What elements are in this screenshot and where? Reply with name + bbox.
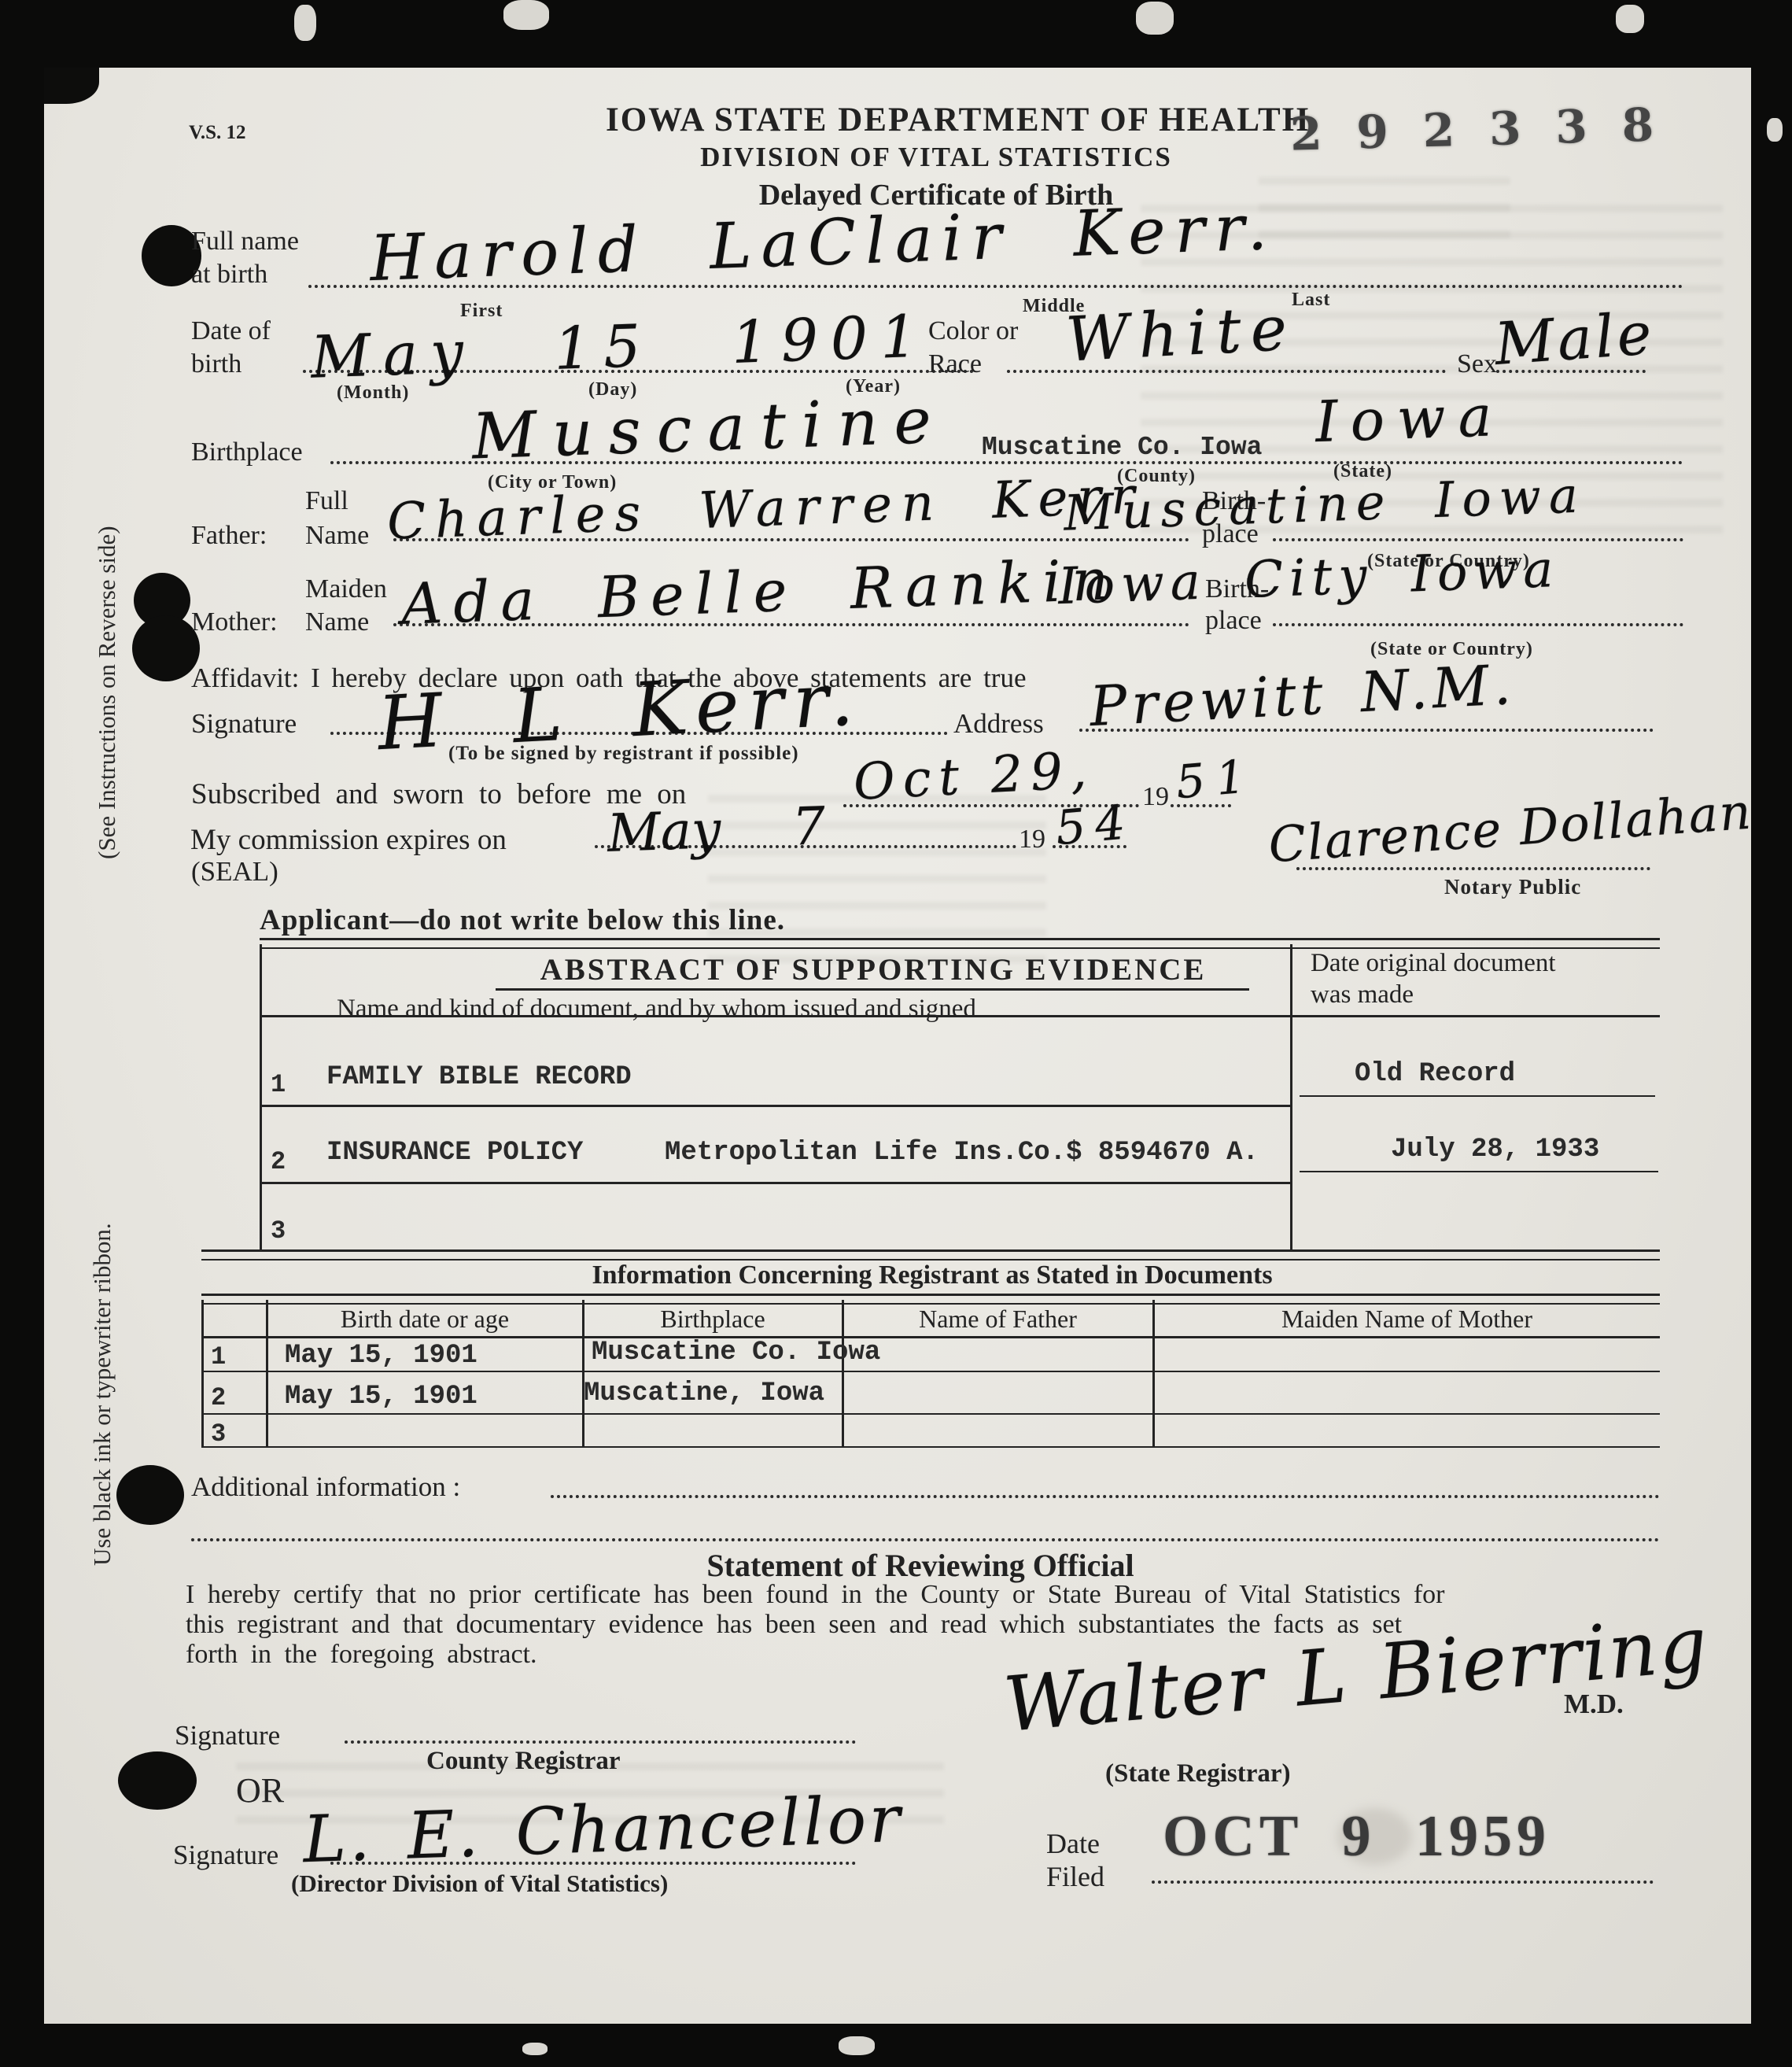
margin-note-ink: Use black ink or typewriter ribbon. xyxy=(88,1223,116,1566)
abstract-row-doc-extra: Metropolitan Life Ins.Co.$ 8594670 A. xyxy=(665,1138,1259,1168)
statement-line-3: forth in the foregoing abstract. xyxy=(186,1640,536,1670)
info-table-bottom-rule xyxy=(201,1446,1660,1448)
info-table-left-border xyxy=(201,1300,204,1448)
commission-year-prefix: 19 xyxy=(1019,825,1045,854)
info-row-birthplace: Muscatine Co. Iowa xyxy=(592,1338,880,1368)
sublabel-last: Last xyxy=(1292,290,1330,311)
abstract-row-num: 1 xyxy=(271,1070,286,1099)
scan-edge-right xyxy=(1751,0,1792,2067)
info-table-title: Information Concerning Registrant as Sta… xyxy=(511,1261,1353,1290)
info-row-birthplace: Muscatine, Iowa xyxy=(584,1379,824,1408)
date-filed-label-2: Filed xyxy=(1046,1860,1104,1893)
abstract-row-rule xyxy=(260,1105,1290,1107)
sworn-year-prefix: 19 xyxy=(1142,782,1169,812)
date-filed-stamp: OCT 9 1959 xyxy=(1163,1803,1550,1870)
additional-info-line-2 xyxy=(191,1538,1660,1541)
county-registrar-label: County Registrar xyxy=(426,1747,621,1776)
birthplace-label: Birthplace xyxy=(191,437,303,467)
scan-edge-bottom xyxy=(0,2024,1792,2067)
info-col-father: Name of Father xyxy=(843,1305,1152,1334)
ink-blot xyxy=(118,1751,197,1810)
scan-speck xyxy=(1136,2,1174,35)
dob-label-1: Date of xyxy=(191,316,271,346)
applicant-note: Applicant—do not write below this line. xyxy=(260,903,785,937)
info-row-birthdate: May 15, 1901 xyxy=(285,1382,477,1412)
race-value: White xyxy=(1064,293,1298,375)
additional-info-label: Additional information : xyxy=(191,1471,460,1503)
full-name-label-1: Full name xyxy=(191,227,299,257)
birthplace-typed-value: Muscatine Co. Iowa xyxy=(982,433,1262,462)
info-header-rule xyxy=(201,1336,1660,1338)
abstract-title-underline xyxy=(496,988,1249,991)
scan-speck xyxy=(294,5,316,41)
info-col-birthdate: Birth date or age xyxy=(267,1305,582,1334)
seal-label: (SEAL) xyxy=(191,856,278,888)
md-label: M.D. xyxy=(1564,1689,1624,1720)
serial-number: 292338 xyxy=(1289,97,1689,161)
abstract-row-date: Old Record xyxy=(1355,1059,1515,1089)
abstract-table-top-rule xyxy=(260,938,1660,949)
abstract-row-date: July 28, 1933 xyxy=(1391,1135,1599,1165)
county-signature-line xyxy=(345,1740,856,1744)
father-side-label: Father: xyxy=(191,521,267,551)
director-signature-line xyxy=(330,1862,856,1865)
abstract-row-doc: INSURANCE POLICY xyxy=(326,1138,583,1168)
info-col-birthplace: Birthplace xyxy=(584,1305,842,1334)
header-division: DIVISION OF VITAL STATISTICS xyxy=(606,142,1267,173)
scan-speck xyxy=(1767,118,1783,142)
director-label: (Director Division of Vital Statistics) xyxy=(291,1870,668,1898)
info-table-header-top-rule xyxy=(201,1294,1660,1305)
ink-blot xyxy=(116,1465,184,1525)
father-bp-line xyxy=(1273,538,1683,541)
date-filed-line xyxy=(1152,1881,1654,1884)
bleedthrough-text xyxy=(1259,177,1510,248)
info-row-num: 1 xyxy=(211,1342,226,1371)
abstract-row-rule xyxy=(260,1182,1290,1184)
abstract-table-title: ABSTRACT OF SUPPORTING EVIDENCE xyxy=(496,952,1251,987)
info-row-rule xyxy=(201,1371,1660,1372)
abstract-date-underline xyxy=(1300,1095,1655,1097)
statement-line-1: I hereby certify that no prior certifica… xyxy=(186,1580,1445,1610)
address-label: Address xyxy=(953,708,1044,740)
commission-date-value: May 7 xyxy=(607,795,827,864)
county-signature-label: Signature xyxy=(175,1720,280,1751)
ink-blot xyxy=(132,615,200,681)
info-row-birthdate: May 15, 1901 xyxy=(285,1341,477,1371)
info-table-top-rule xyxy=(201,1249,1660,1261)
abstract-row-num: 2 xyxy=(271,1147,286,1176)
mother-bp-line xyxy=(1273,623,1683,626)
abstract-date-col-2: was made xyxy=(1311,980,1414,1010)
info-col-mother: Maiden Name of Mother xyxy=(1154,1305,1660,1334)
date-filed-label-1: Date xyxy=(1046,1827,1100,1860)
race-label-2: Race xyxy=(928,349,982,379)
scan-edge-left xyxy=(0,0,44,2067)
info-row-num: 2 xyxy=(211,1383,226,1412)
margin-note-instructions: (See Instructions on Reverse side) xyxy=(93,526,121,859)
scan-speck xyxy=(1616,5,1644,33)
statement-title: Statement of Reviewing Official xyxy=(551,1547,1290,1584)
or-label: OR xyxy=(236,1770,284,1810)
scan-speck xyxy=(522,2043,548,2055)
sublabel-month: (Month) xyxy=(337,382,409,404)
info-row-rule xyxy=(201,1413,1660,1415)
father-label-full: Full xyxy=(305,486,348,516)
race-label-1: Color or xyxy=(928,316,1018,346)
abstract-subtitle: Name and kind of document, and by whom i… xyxy=(337,995,976,1024)
dob-label-2: birth xyxy=(191,349,242,379)
signature-label: Signature xyxy=(191,708,297,740)
info-row-num: 3 xyxy=(211,1419,226,1449)
abstract-date-col-1: Date original document xyxy=(1311,949,1556,978)
abstract-row-num: 3 xyxy=(271,1216,286,1246)
mother-side-label: Mother: xyxy=(191,607,278,637)
abstract-header-rule xyxy=(260,1015,1660,1017)
certificate-scan: (See Instructions on Reverse side) Use b… xyxy=(0,0,1792,2067)
abstract-date-underline xyxy=(1300,1171,1658,1172)
abstract-table-divider xyxy=(1290,944,1292,1251)
sworn-year-value: 51 xyxy=(1174,749,1258,810)
abstract-row-doc: FAMILY BIBLE RECORD xyxy=(326,1062,632,1092)
mother-label-maiden: Maiden xyxy=(305,574,387,604)
state-registrar-label: (State Registrar) xyxy=(1105,1759,1290,1788)
signature-sublabel: (To be signed by registrant if possible) xyxy=(448,743,799,765)
scan-speck xyxy=(503,0,549,30)
mother-label-name: Name xyxy=(305,607,369,637)
statement-line-2: this registrant and that documentary evi… xyxy=(186,1610,1402,1640)
sex-value: Male xyxy=(1492,300,1657,378)
full-name-label-2: at birth xyxy=(191,260,267,290)
father-label-name: Name xyxy=(305,521,369,551)
abstract-table-left-border xyxy=(260,944,262,1251)
scan-speck xyxy=(839,2036,875,2055)
form-code: V.S. 12 xyxy=(189,122,246,144)
additional-info-line-1 xyxy=(551,1495,1660,1498)
birthplace-state-value: Iowa xyxy=(1315,382,1506,455)
sex-label: Sex xyxy=(1457,349,1497,379)
scan-edge-top xyxy=(0,0,1792,68)
director-signature-label: Signature xyxy=(173,1840,278,1871)
notary-label: Notary Public xyxy=(1444,875,1581,899)
notary-line xyxy=(1296,867,1650,870)
commission-year-value: 54 xyxy=(1053,795,1137,856)
commission-label: My commission expires on xyxy=(190,823,507,857)
header-department: IOWA STATE DEPARTMENT OF HEALTH xyxy=(606,101,1267,139)
